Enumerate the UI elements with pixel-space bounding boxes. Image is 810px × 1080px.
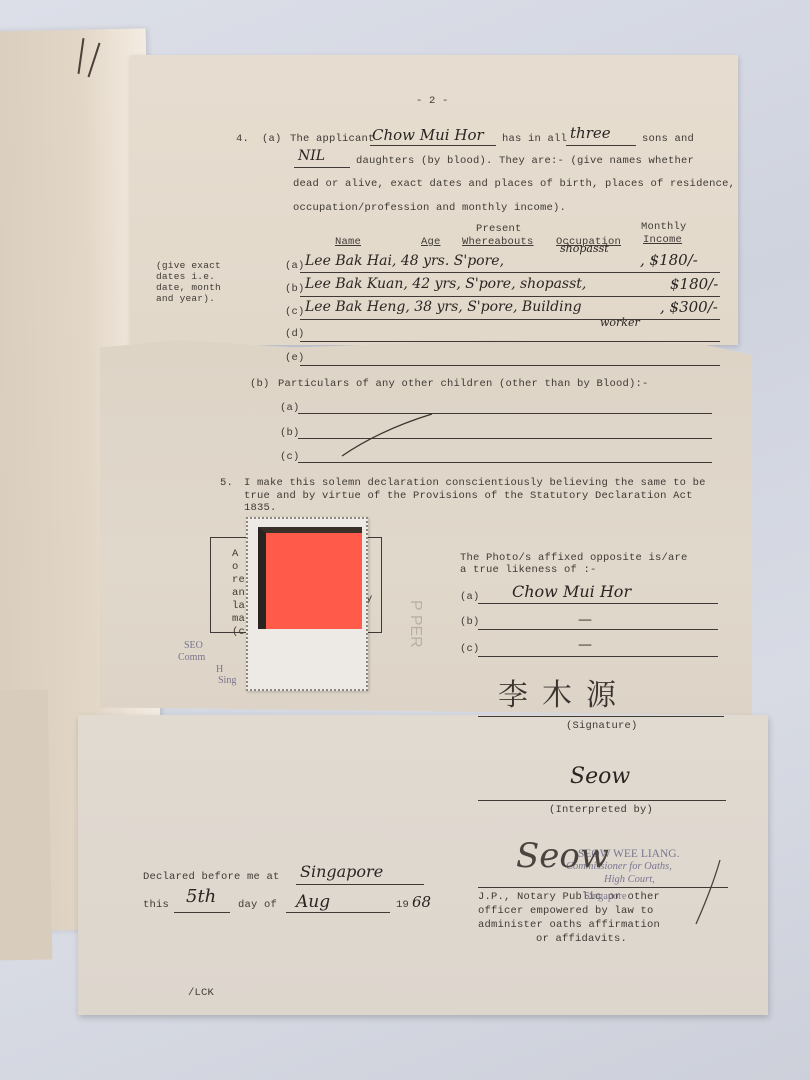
faint-stamp-text: Comm [178,652,205,663]
side-note-line: date, month [156,282,221,293]
declaration-day-handwritten: 5th [186,886,216,907]
box-fragment: A [232,548,239,561]
likeness-line [478,603,718,604]
child-label: (e) [285,352,305,365]
section-4-line3: dead or alive, exact dates and places of… [293,178,735,191]
affixed-photo [246,517,368,691]
col-name: Name [335,236,361,249]
child-entry-handwritten: Lee Bak Hai, 48 yrs. S'pore, [305,253,504,269]
box-fragment: o [232,561,239,574]
child-line [300,365,720,366]
section-4-line2: daughters (by blood). They are:- (give n… [356,155,694,168]
box-fragment: an [232,587,245,600]
likeness-label: (b) [460,616,480,629]
child-label: (c) [285,306,305,319]
commissioner-line4: or affidavits. [536,933,627,946]
box-fragment: ma [232,613,245,626]
photo-redaction-block [258,527,362,629]
interpreter-line [478,800,726,801]
day-of-text: day of [238,899,277,912]
interpreter-signature-handwritten: Seow [570,764,630,789]
col-whereabouts-top: Present [476,223,522,236]
box-fragment: (c [232,626,245,639]
child-income-handwritten: , $300/- [660,298,718,316]
child-entry-handwritten: Lee Bak Heng, 38 yrs, S'pore, Building [305,299,582,315]
declaration-month-line [286,912,390,913]
sons-count-handwritten: three [570,124,611,142]
commissioner-line3: administer oaths affirmation [478,919,660,932]
underlying-page-left-bottom [0,689,52,960]
commissioner-signature-handwritten: Seow [516,836,609,876]
signature-flourish [690,858,730,928]
col-income: Income [643,234,682,247]
child-line [300,296,720,297]
signature-line [478,716,724,717]
section-4b-label: (b) [250,378,270,391]
child-line [300,319,720,320]
col-whereabouts: Whereabouts [462,236,534,249]
section-5-line: 1835. [244,502,277,514]
applicant-name-handwritten: Chow Mui Hor [372,126,484,144]
this-text: this [143,899,169,912]
declaration-day-line [174,912,230,913]
child-label: (b) [285,283,305,296]
child-income-handwritten: $180/- [670,275,718,293]
commissioner-stamp-city: Singapore [584,891,627,902]
declaration-place-line [296,884,424,885]
child-line [300,272,720,273]
declaration-place-handwritten: Singapore [300,862,383,881]
strike-through-mark [340,410,440,460]
other-child-label: (c) [280,451,300,464]
child-label: (d) [285,328,305,341]
photo-caption-line1: The Photo/s affixed opposite is/are [460,552,688,564]
likeness-label: (a) [460,591,480,604]
box-fragment: la [232,600,245,613]
likeness-name-handwritten: Chow Mui Hor [512,582,631,601]
section-5-line: true and by virtue of the Provisions of … [244,490,693,502]
chinese-signature-handwritten: 李木源 [498,670,630,714]
side-note-line: dates i.e. [156,271,215,282]
photo-caption-line2: a true likeness of :- [460,564,597,576]
side-note-line: and year). [156,293,215,304]
page-number: - 2 - [416,95,449,108]
side-note-line: (give exact [156,260,221,271]
other-child-label: (a) [280,402,300,415]
has-in-all-text: has in all [502,133,567,146]
commissioner-line1: J.P., Notary Public or other [478,891,660,904]
signature-label: (Signature) [566,720,638,733]
applicant-name-line [370,145,496,146]
child-occupation-handwritten: shopasst [560,242,609,255]
sons-count-line [566,145,636,146]
interpreter-label: (Interpreted by) [549,804,653,817]
faint-stamp-text: Sing [218,675,236,686]
box-fragment: re [232,574,245,587]
daughters-count-handwritten: NIL [298,148,325,164]
declared-before-text: Declared before me at [143,871,280,884]
likeness-line [478,629,718,630]
commissioner-line [478,887,728,888]
child-income-handwritten: , $180/- [640,251,698,269]
other-child-label: (b) [280,427,300,440]
likeness-line [478,656,718,657]
likeness-dash-handwritten: — [578,637,592,653]
declaration-year-handwritten: 68 [412,893,431,911]
faint-stamp-text: H [216,664,223,675]
applicant-prefix: The applicant [290,133,375,146]
faint-stamp-text: SEO [184,640,203,651]
section-4-line4: occupation/profession and monthly income… [293,202,566,215]
other-child-line [298,462,712,463]
commissioner-line2: officer empowered by law to [478,905,654,918]
year-prefix: 19 [396,899,409,912]
section-4-number: 4. [236,133,249,146]
section-5-line: I make this solemn declaration conscient… [244,477,706,489]
section-4b-text: Particulars of any other children (other… [278,378,649,391]
reference-initials: /LCK [188,987,214,1000]
section-4a-label: (a) [262,133,282,146]
child-line [300,341,720,342]
child-entry-handwritten: Lee Bak Kuan, 42 yrs, S'pore, shopasst, [305,276,586,292]
watermark-text: P PER [406,600,424,648]
col-age: Age [421,236,441,249]
child-occupation-handwritten: worker [600,316,640,329]
section-5-number: 5. [220,477,233,490]
sons-and-text: sons and [642,133,694,146]
declaration-month-handwritten: Aug [296,892,330,912]
likeness-label: (c) [460,643,480,656]
daughters-count-line [294,167,350,168]
commissioner-stamp-court: High Court, [604,874,655,885]
col-income-top: Monthly [641,221,687,234]
likeness-dash-handwritten: — [578,612,592,628]
